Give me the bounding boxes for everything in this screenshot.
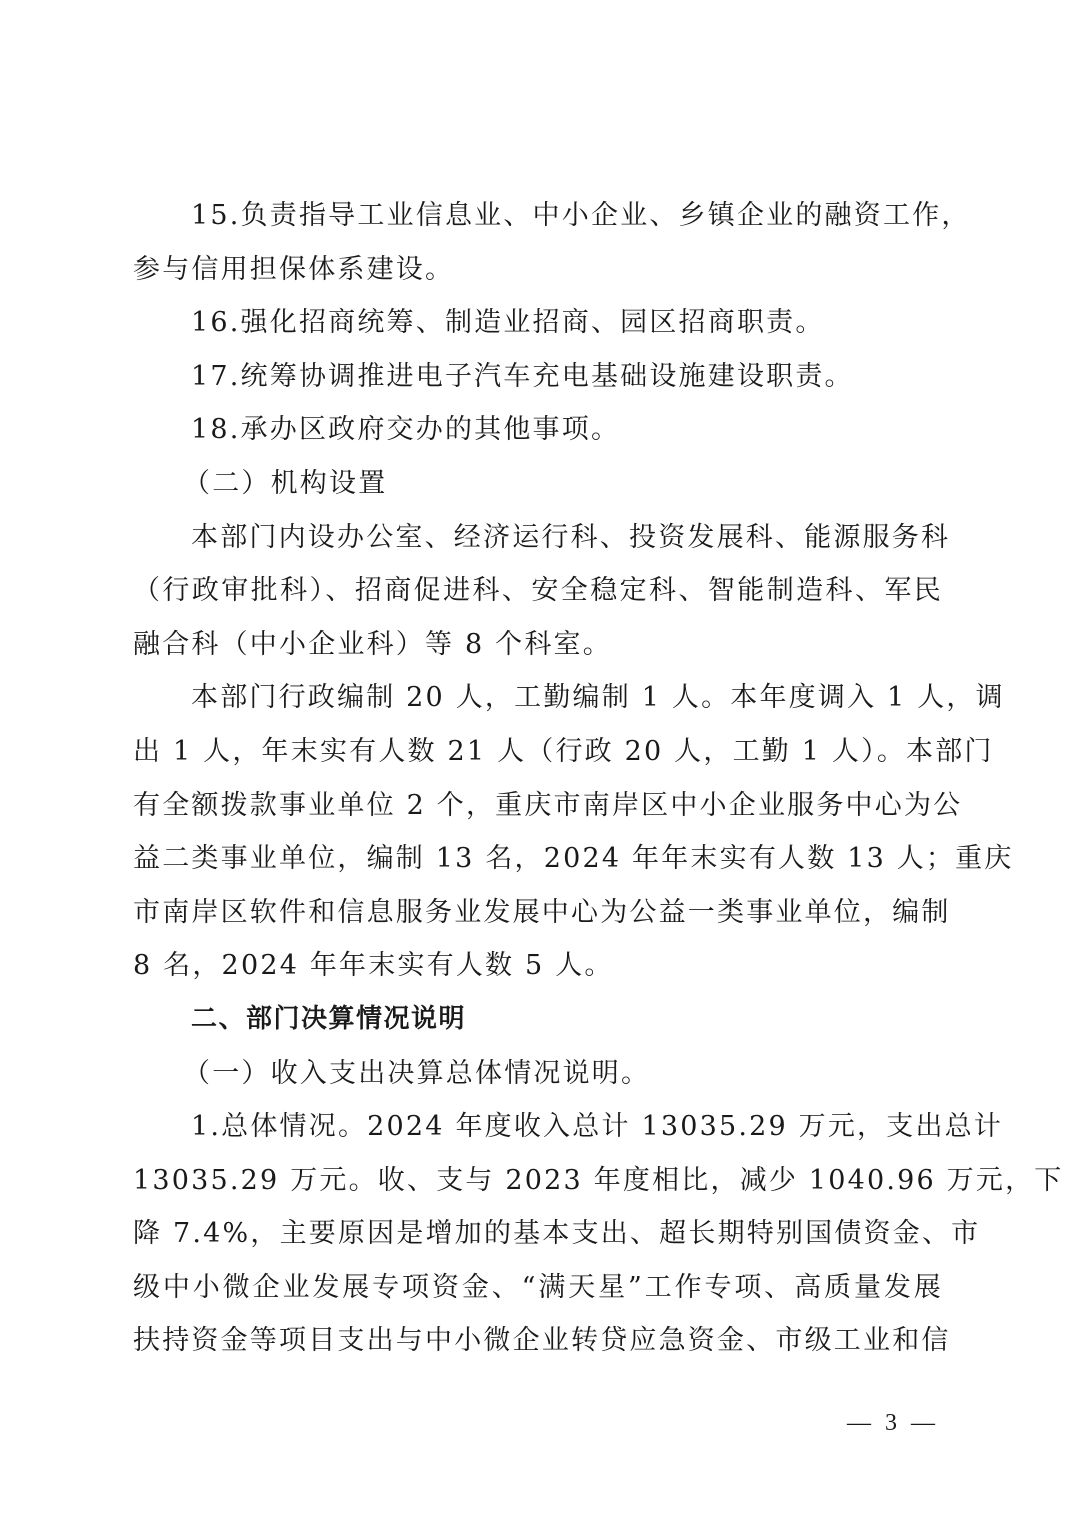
- section-heading-final-accounts: 二、部门决算情况说明: [133, 993, 943, 1047]
- paragraph-item-18: 18.承办区政府交办的其他事项。: [133, 403, 943, 457]
- paragraph-overall-line-4: 级中小微企业发展专项资金、“满天星”工作专项、高质量发展: [133, 1261, 943, 1315]
- paragraph-item-15-line-1: 15.负责指导工业信息业、中小企业、乡镇企业的融资工作，: [133, 189, 943, 243]
- paragraph-departments-line-2: （行政审批科）、招商促进科、安全稳定科、智能制造科、军民: [133, 564, 943, 618]
- paragraph-overall-line-2: 13035.29 万元。收、支与 2023 年度相比，减少 1040.96 万元…: [133, 1154, 943, 1208]
- document-page-body: 15.负责指导工业信息业、中小企业、乡镇企业的融资工作， 参与信用担保体系建设。…: [133, 189, 943, 1368]
- paragraph-staffing-line-4: 益二类事业单位，编制 13 名，2024 年年末实有人数 13 人；重庆: [133, 832, 943, 886]
- subheading-income-expense-overview: （一）收入支出决算总体情况说明。: [133, 1047, 943, 1101]
- paragraph-staffing-line-6: 8 名，2024 年年末实有人数 5 人。: [133, 939, 943, 993]
- paragraph-staffing-line-1: 本部门行政编制 20 人，工勤编制 1 人。本年度调入 1 人，调: [133, 671, 943, 725]
- paragraph-departments-line-1: 本部门内设办公室、经济运行科、投资发展科、能源服务科: [133, 511, 943, 565]
- paragraph-overall-line-1: 1.总体情况。2024 年度收入总计 13035.29 万元，支出总计: [133, 1100, 943, 1154]
- subheading-org-setup: （二）机构设置: [133, 457, 943, 511]
- paragraph-staffing-line-5: 市南岸区软件和信息服务业发展中心为公益一类事业单位，编制: [133, 886, 943, 940]
- paragraph-item-16: 16.强化招商统筹、制造业招商、园区招商职责。: [133, 296, 943, 350]
- paragraph-item-15-line-2: 参与信用担保体系建设。: [133, 243, 943, 297]
- paragraph-staffing-line-3: 有全额拨款事业单位 2 个，重庆市南岸区中小企业服务中心为公: [133, 779, 943, 833]
- paragraph-overall-line-3: 降 7.4%，主要原因是增加的基本支出、超长期特别国债资金、市: [133, 1207, 943, 1261]
- paragraph-departments-line-3: 融合科（中小企业科）等 8 个科室。: [133, 618, 943, 672]
- paragraph-item-17: 17.统筹协调推进电子汽车充电基础设施建设职责。: [133, 350, 943, 404]
- paragraph-staffing-line-2: 出 1 人，年末实有人数 21 人（行政 20 人，工勤 1 人）。本部门: [133, 725, 943, 779]
- paragraph-overall-line-5: 扶持资金等项目支出与中小微企业转贷应急资金、市级工业和信: [133, 1314, 943, 1368]
- page-number: — 3 —: [838, 1410, 948, 1437]
